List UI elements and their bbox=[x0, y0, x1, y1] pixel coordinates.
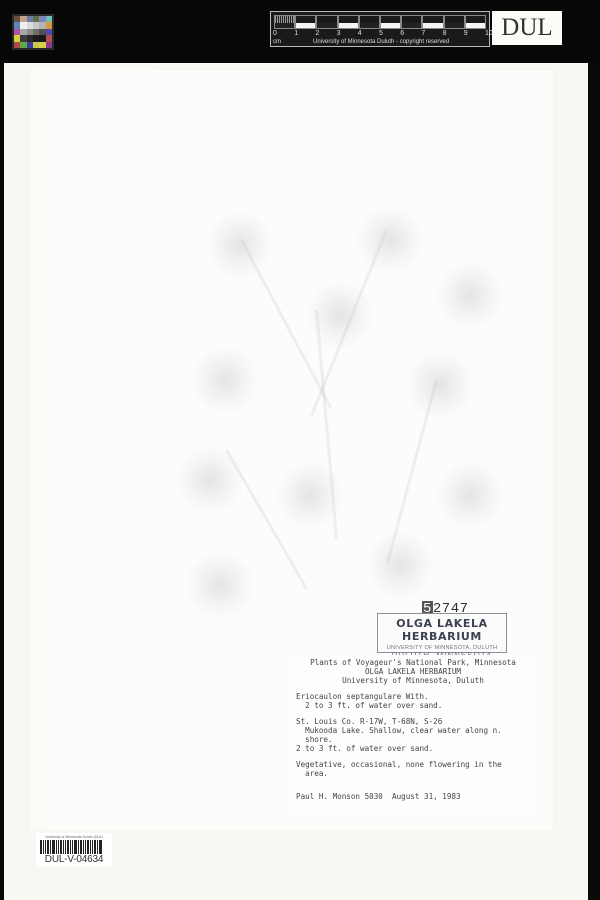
sheet-shadow-edge bbox=[588, 63, 600, 900]
barcode-label: University of Minnesota Duluth (DUL) DUL… bbox=[36, 833, 112, 866]
scale-unit: cm bbox=[273, 39, 281, 45]
catalog-number: DUL-V-04634 bbox=[36, 854, 112, 865]
scale-number: 4 bbox=[358, 30, 362, 37]
label-header-3: University of Minnesota, Duluth bbox=[296, 676, 530, 685]
plant-specimen bbox=[165, 200, 515, 620]
stamp-line-1: OLGA LAKELA HERBARIUM bbox=[378, 617, 506, 643]
institution-logo: DUL bbox=[492, 11, 562, 45]
label-taxon: Eriocaulon septangulare With. 2 to 3 ft.… bbox=[296, 692, 530, 710]
label-collector: Paul H. Monson 5030 August 31, 1983 bbox=[296, 792, 530, 801]
scale-number: 5 bbox=[379, 30, 383, 37]
scale-number: 7 bbox=[421, 30, 425, 37]
scale-number: 9 bbox=[464, 30, 468, 37]
barcode-institution: University of Minnesota Duluth (DUL) bbox=[36, 835, 112, 839]
specimen-label: Plants of Voyageur's National Park, Minn… bbox=[288, 655, 538, 815]
scale-copyright: University of Minnesota Duluth - copyrig… bbox=[313, 39, 449, 45]
label-header-1: Plants of Voyageur's National Park, Minn… bbox=[296, 658, 530, 667]
barcode-bars bbox=[40, 840, 108, 854]
scale-number: 0 bbox=[273, 30, 277, 37]
herbarium-stamp: OLGA LAKELA HERBARIUM UNIVERSITY OF MINN… bbox=[377, 613, 507, 653]
scale-number: 6 bbox=[400, 30, 404, 37]
color-swatch bbox=[46, 42, 52, 48]
scale-bar: 012345678910 cm University of Minnesota … bbox=[270, 11, 490, 47]
label-header-2: OLGA LAKELA HERBARIUM bbox=[296, 667, 530, 676]
scale-number: 3 bbox=[337, 30, 341, 37]
scale-bar-segments bbox=[274, 15, 486, 29]
scale-number: 8 bbox=[443, 30, 447, 37]
scale-number: 1 bbox=[294, 30, 298, 37]
color-checker bbox=[12, 14, 54, 50]
scale-number: 2 bbox=[315, 30, 319, 37]
label-locality: St. Louis Co. R-17W, T-68N, S-26 Mukooda… bbox=[296, 717, 530, 753]
label-habitat: Vegetative, occasional, none flowering i… bbox=[296, 760, 530, 778]
